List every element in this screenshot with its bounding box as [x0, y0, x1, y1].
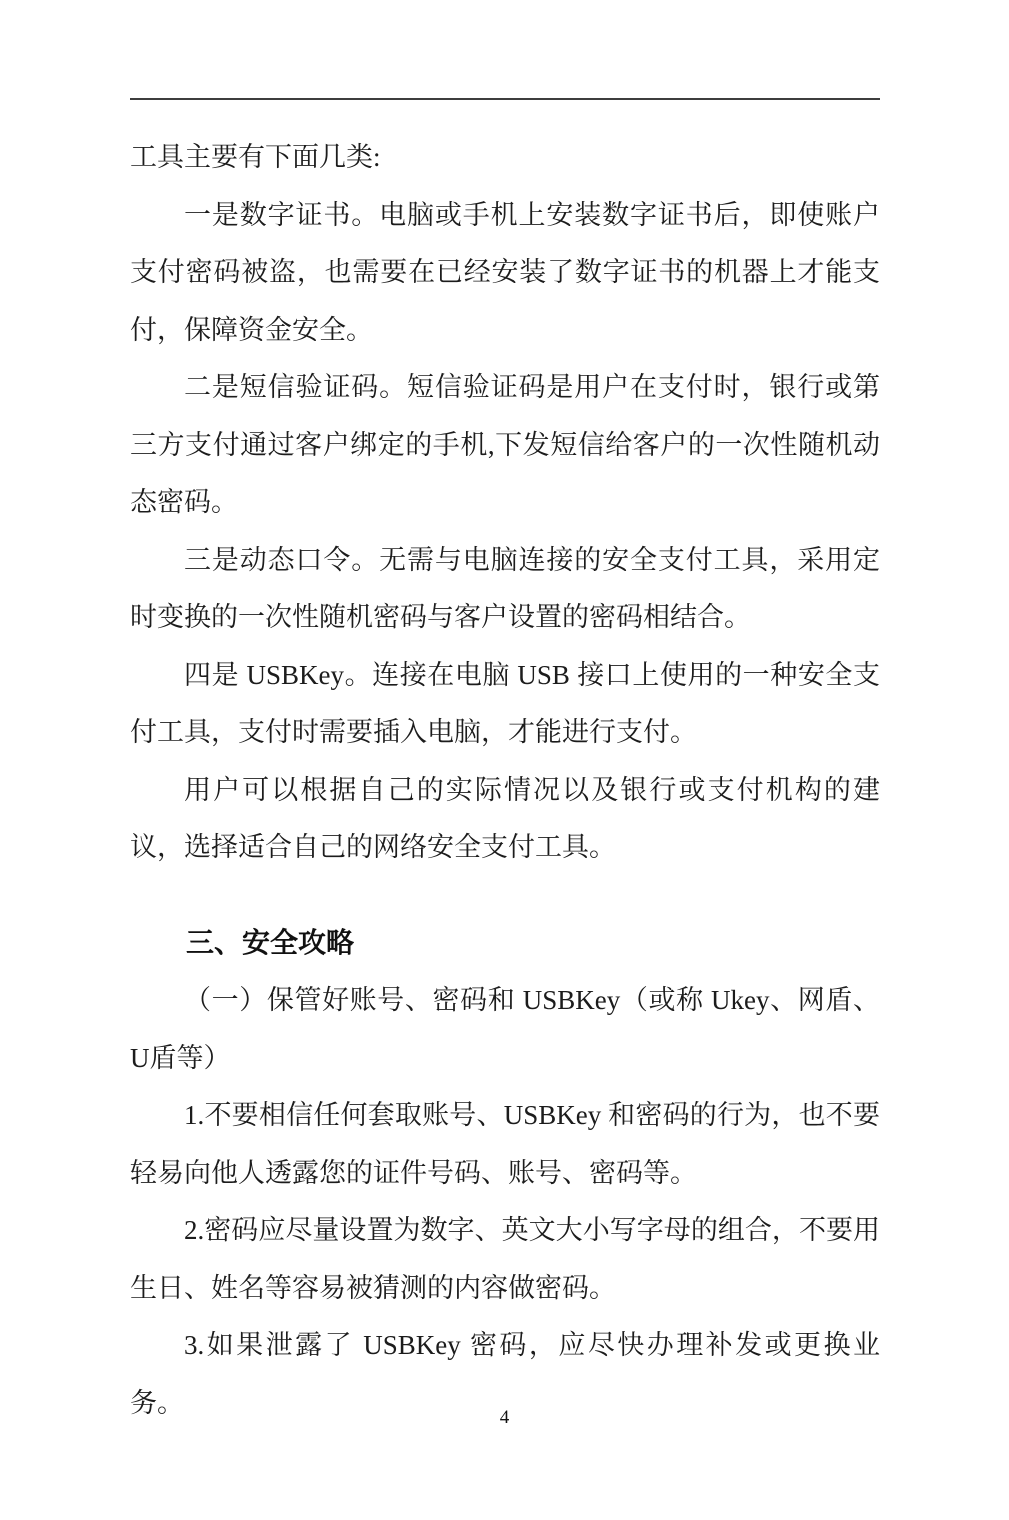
header-rule — [130, 98, 880, 100]
paragraph-intro: 工具主要有下面几类: — [130, 129, 880, 187]
document-page: 工具主要有下面几类: 一是数字证书。电脑或手机上安装数字证书后，即使账户支付密码… — [0, 0, 1009, 1520]
paragraph-user-choice: 用户可以根据自己的实际情况以及银行或支付机构的建议，选择适合自己的网络安全支付工… — [130, 762, 880, 877]
paragraph-dynamic-password: 三是动态口令。无需与电脑连接的安全支付工具，采用定时变换的一次性随机密码与客户设… — [130, 532, 880, 647]
paragraph-keep-safe: （一）保管好账号、密码和 USBKey（或称 Ukey、网盾、U盾等） — [130, 972, 880, 1087]
section-heading: 三、安全攻略 — [130, 915, 880, 973]
paragraph-usbkey: 四是 USBKey。连接在电脑 USB 接口上使用的一种安全支付工具，支付时需要… — [130, 647, 880, 762]
paragraph-tip-1: 1.不要相信任何套取账号、USBKey 和密码的行为，也不要轻易向他人透露您的证… — [130, 1087, 880, 1202]
paragraph-tip-2: 2.密码应尽量设置为数字、英文大小写字母的组合，不要用生日、姓名等容易被猜测的内… — [130, 1202, 880, 1317]
page-number: 4 — [500, 1407, 510, 1428]
document-body: 工具主要有下面几类: 一是数字证书。电脑或手机上安装数字证书后，即使账户支付密码… — [130, 129, 880, 1432]
paragraph-sms-code: 二是短信验证码。短信验证码是用户在支付时，银行或第三方支付通过客户绑定的手机,下… — [130, 359, 880, 532]
paragraph-digital-certificate: 一是数字证书。电脑或手机上安装数字证书后，即使账户支付密码被盗，也需要在已经安装… — [130, 187, 880, 360]
page-footer: 4 — [0, 1405, 1009, 1431]
